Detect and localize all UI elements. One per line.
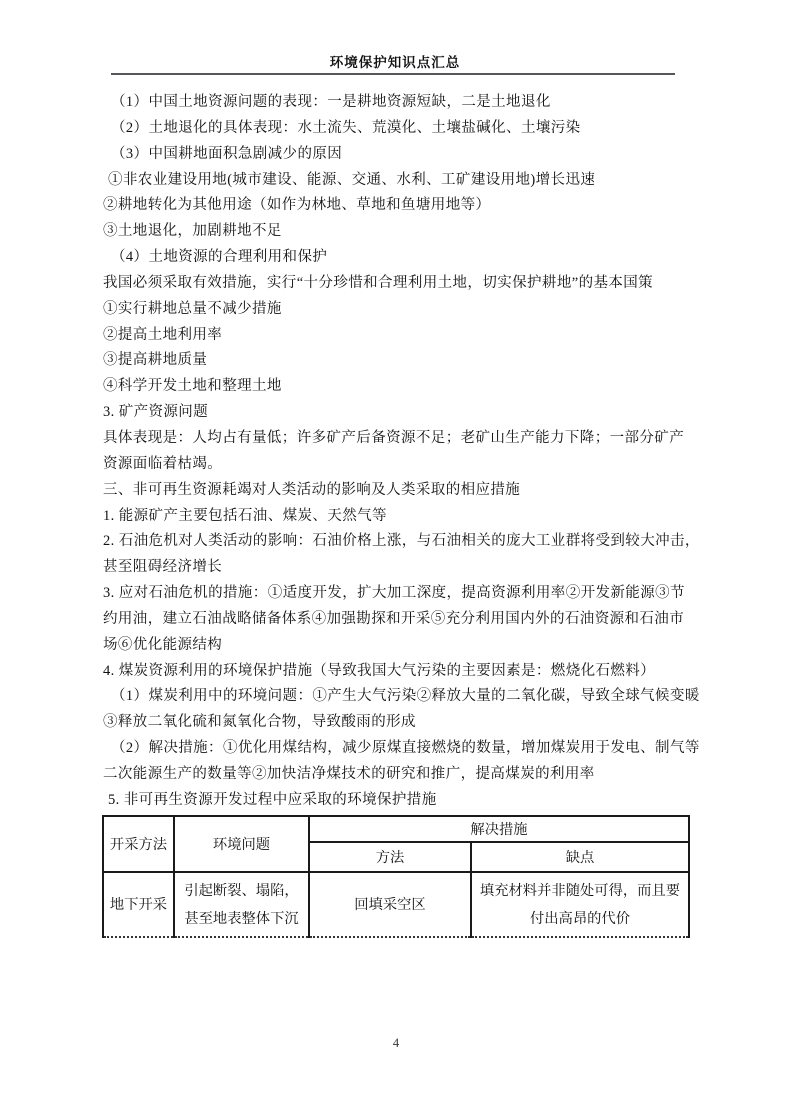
body-text: （1）中国土地资源问题的表现：一是耕地资源短缺，二是土地退化 （2）土地退化的具… <box>103 90 703 814</box>
page-title: 环境保护知识点汇总 <box>102 51 688 71</box>
text-line: 5. 非可再生资源开发过程中应采取的环境保护措施 <box>103 788 703 814</box>
page-number: 4 <box>0 1036 792 1051</box>
text-line: 4. 煤炭资源利用的环境保护措施（导致我国大气污染的主要因素是：燃烧化石燃料） <box>103 659 703 685</box>
text-line: 我国必须采取有效措施，实行“十分珍惜和合理利用土地，切实保护耕地”的基本国策 <box>103 271 703 297</box>
text-line: 三、非可再生资源耗竭对人类活动的影响及人类采取的相应措施 <box>103 478 703 504</box>
text-line: 资源面临着枯竭。 <box>103 452 703 478</box>
text-line: （2）土地退化的具体表现：水土流失、荒漠化、土壤盐碱化、土壤污染 <box>103 116 703 142</box>
text-line: 甚至阻碍经济增长 <box>103 555 703 581</box>
text-line: （3）中国耕地面积急剧减少的原因 <box>103 142 703 168</box>
text-line: ③释放二氧化硫和氮氧化合物，导致酸雨的形成 <box>103 710 703 736</box>
text-line: 约用油，建立石油战略储备体系④加强勘探和开采⑤充分利用国内外的石油资源和石油市 <box>103 607 703 633</box>
cell-mining-method: 地下开采 <box>103 872 174 937</box>
document-page: 环境保护知识点汇总 （1）中国土地资源问题的表现：一是耕地资源短缺，二是土地退化… <box>0 0 792 1120</box>
table-header-mining-method: 开采方法 <box>103 816 174 872</box>
text-line: ①实行耕地总量不减少措施 <box>103 297 703 323</box>
text-line: 3. 矿产资源问题 <box>103 400 703 426</box>
text-line: 1. 能源矿产主要包括石油、煤炭、天然气等 <box>103 504 703 530</box>
text-line: （2）解决措施：①优化用煤结构，减少原煤直接燃烧的数量，增加煤炭用于发电、制气等 <box>103 736 703 762</box>
cell-drawback: 填充材料并非随处可得，而且要 付出高昂的代价 <box>471 872 689 937</box>
text-line: ③提高耕地质量 <box>103 348 703 374</box>
text-line: 具体表现是：人均占有量低；许多矿产后备资源不足；老矿山生产能力下降；一部分矿产 <box>103 426 703 452</box>
text-line: ②提高土地利用率 <box>103 323 703 349</box>
text-line: 3. 应对石油危机的措施：①适度开发，扩大加工深度，提高资源利用率②开发新能源③… <box>103 581 703 607</box>
text-line: ④科学开发土地和整理土地 <box>103 374 703 400</box>
text-line: （4）土地资源的合理利用和保护 <box>103 245 703 271</box>
text-line: 2. 石油危机对人类活动的影响：石油价格上涨，与石油相关的庞大工业群将受到较大冲… <box>103 529 703 555</box>
text-line: ①非农业建设用地(城市建设、能源、交通、水利、工矿建设用地)增长迅速 <box>103 168 703 194</box>
table-header-env-problem: 环境问题 <box>174 816 309 872</box>
mining-protection-table: 开采方法 环境问题 解决措施 方法 缺点 地下开采 引起断裂、塌陷， 甚至地表整… <box>102 815 690 938</box>
text-line: ③土地退化，加剧耕地不足 <box>103 219 703 245</box>
text-line: 场⑥优化能源结构 <box>103 633 703 659</box>
text-line: （1）中国土地资源问题的表现：一是耕地资源短缺，二是土地退化 <box>103 90 703 116</box>
table-header-method: 方法 <box>309 842 471 872</box>
text-line: （1）煤炭利用中的环境问题：①产生大气污染②释放大量的二氧化碳，导致全球气候变暖 <box>103 684 703 710</box>
text-line: ②耕地转化为其他用途（如作为林地、草地和鱼塘用地等） <box>103 193 703 219</box>
cell-env-problem: 引起断裂、塌陷， 甚至地表整体下沉 <box>174 872 309 937</box>
cell-method: 回填采空区 <box>309 872 471 937</box>
title-underline <box>111 73 675 75</box>
table-header-solution: 解决措施 <box>309 816 689 842</box>
table-row: 地下开采 引起断裂、塌陷， 甚至地表整体下沉 回填采空区 填充材料并非随处可得，… <box>103 872 689 937</box>
text-line: 二次能源生产的数量等②加快洁净煤技术的研究和推广，提高煤炭的利用率 <box>103 762 703 788</box>
table-header-drawback: 缺点 <box>471 842 689 872</box>
